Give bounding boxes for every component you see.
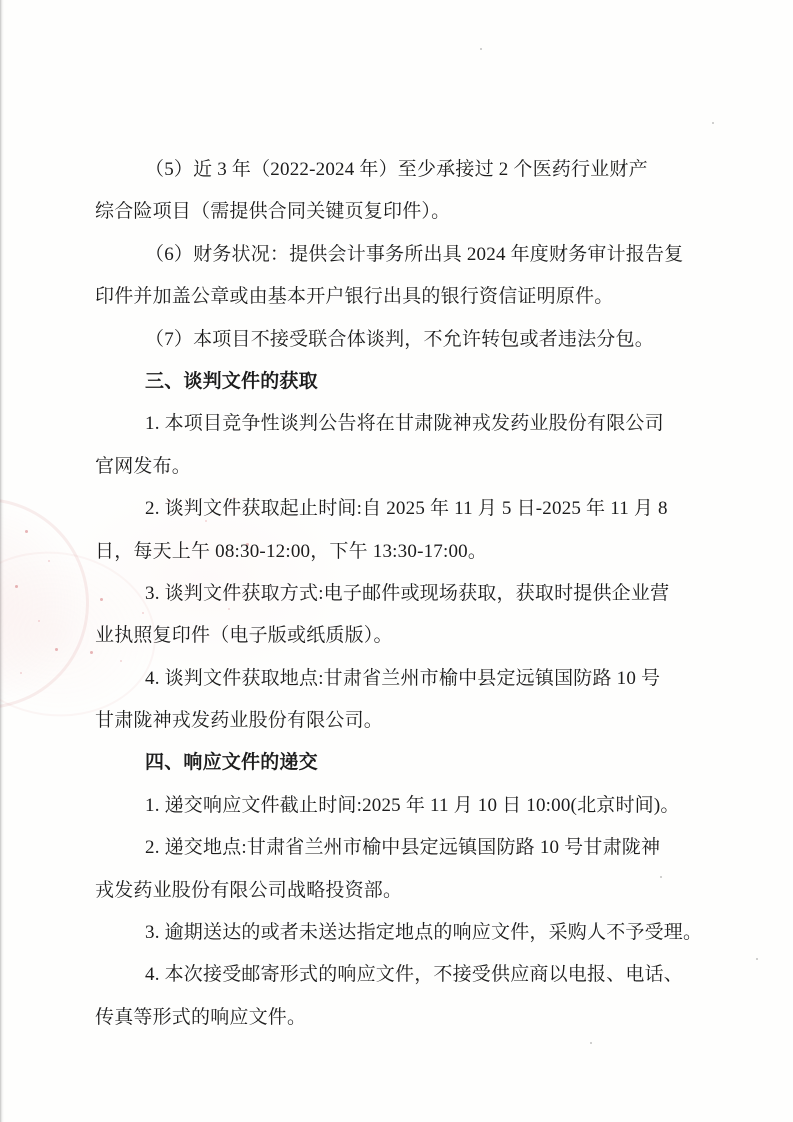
scan-speck <box>756 958 758 960</box>
document-line: 4. 本次接受邮寄形式的响应文件，不接受供应商以电报、电话、 <box>95 954 735 996</box>
scan-speck <box>480 48 482 50</box>
scan-edge-left <box>0 0 4 1122</box>
red-seal-stamp-partial <box>0 478 109 728</box>
scanned-document-page: （5）近 3 年（2022-2024 年）至少承接过 2 个医药行业财产综合险项… <box>0 0 793 1122</box>
scan-speck <box>25 530 28 533</box>
document-line: 戎发药业股份有限公司战略投资部。 <box>95 870 735 912</box>
document-line: 2. 谈判文件获取起止时间:自 2025 年 11 月 5 日-2025 年 1… <box>95 488 735 530</box>
document-line: 2. 递交地点:甘肃省兰州市榆中县定远镇国防路 10 号甘肃陇神 <box>95 827 735 869</box>
scan-speck <box>712 122 714 124</box>
document-line: 4. 谈判文件获取地点:甘肃省兰州市榆中县定远镇国防路 10 号 <box>95 658 735 700</box>
scan-speck <box>590 1042 592 1044</box>
document-line: 甘肃陇神戎发药业股份有限公司。 <box>95 700 735 742</box>
document-line: 官网发布。 <box>95 446 735 488</box>
document-body: （5）近 3 年（2022-2024 年）至少承接过 2 个医药行业财产综合险项… <box>95 149 735 1039</box>
scan-speck <box>38 620 40 622</box>
document-line: 1. 递交响应文件截止时间:2025 年 11 月 10 日 10:00(北京时… <box>95 785 735 827</box>
document-line: 3. 谈判文件获取方式:电子邮件或现场获取，获取时提供企业营 <box>95 573 735 615</box>
section-heading: 三、谈判文件的获取 <box>95 361 735 403</box>
document-line: 3. 逾期送达的或者未送达指定地点的响应文件，采购人不予受理。 <box>95 912 735 954</box>
document-line: 传真等形式的响应文件。 <box>95 997 735 1039</box>
scan-speck <box>48 560 50 562</box>
document-line: （6）财务状况：提供会计事务所出具 2024 年度财务审计报告复 <box>95 234 735 276</box>
scan-speck <box>20 672 22 674</box>
document-line: （5）近 3 年（2022-2024 年）至少承接过 2 个医药行业财产 <box>95 149 735 191</box>
document-line: （7）本项目不接受联合体谈判，不允许转包或者违法分包。 <box>95 319 735 361</box>
scan-speck <box>55 648 58 651</box>
document-line: 印件并加盖公章或由基本开户银行出具的银行资信证明原件。 <box>95 276 735 318</box>
document-line: 1. 本项目竞争性谈判公告将在甘肃陇神戎发药业股份有限公司 <box>95 403 735 445</box>
document-line: 综合险项目（需提供合同关键页复印件）。 <box>95 191 735 233</box>
document-line: 日，每天上午 08:30-12:00，下午 13:30-17:00。 <box>95 531 735 573</box>
scan-speck <box>90 651 93 654</box>
section-heading: 四、响应文件的递交 <box>95 742 735 784</box>
document-line: 业执照复印件（电子版或纸质版）。 <box>95 615 735 657</box>
scan-speck <box>15 585 18 588</box>
